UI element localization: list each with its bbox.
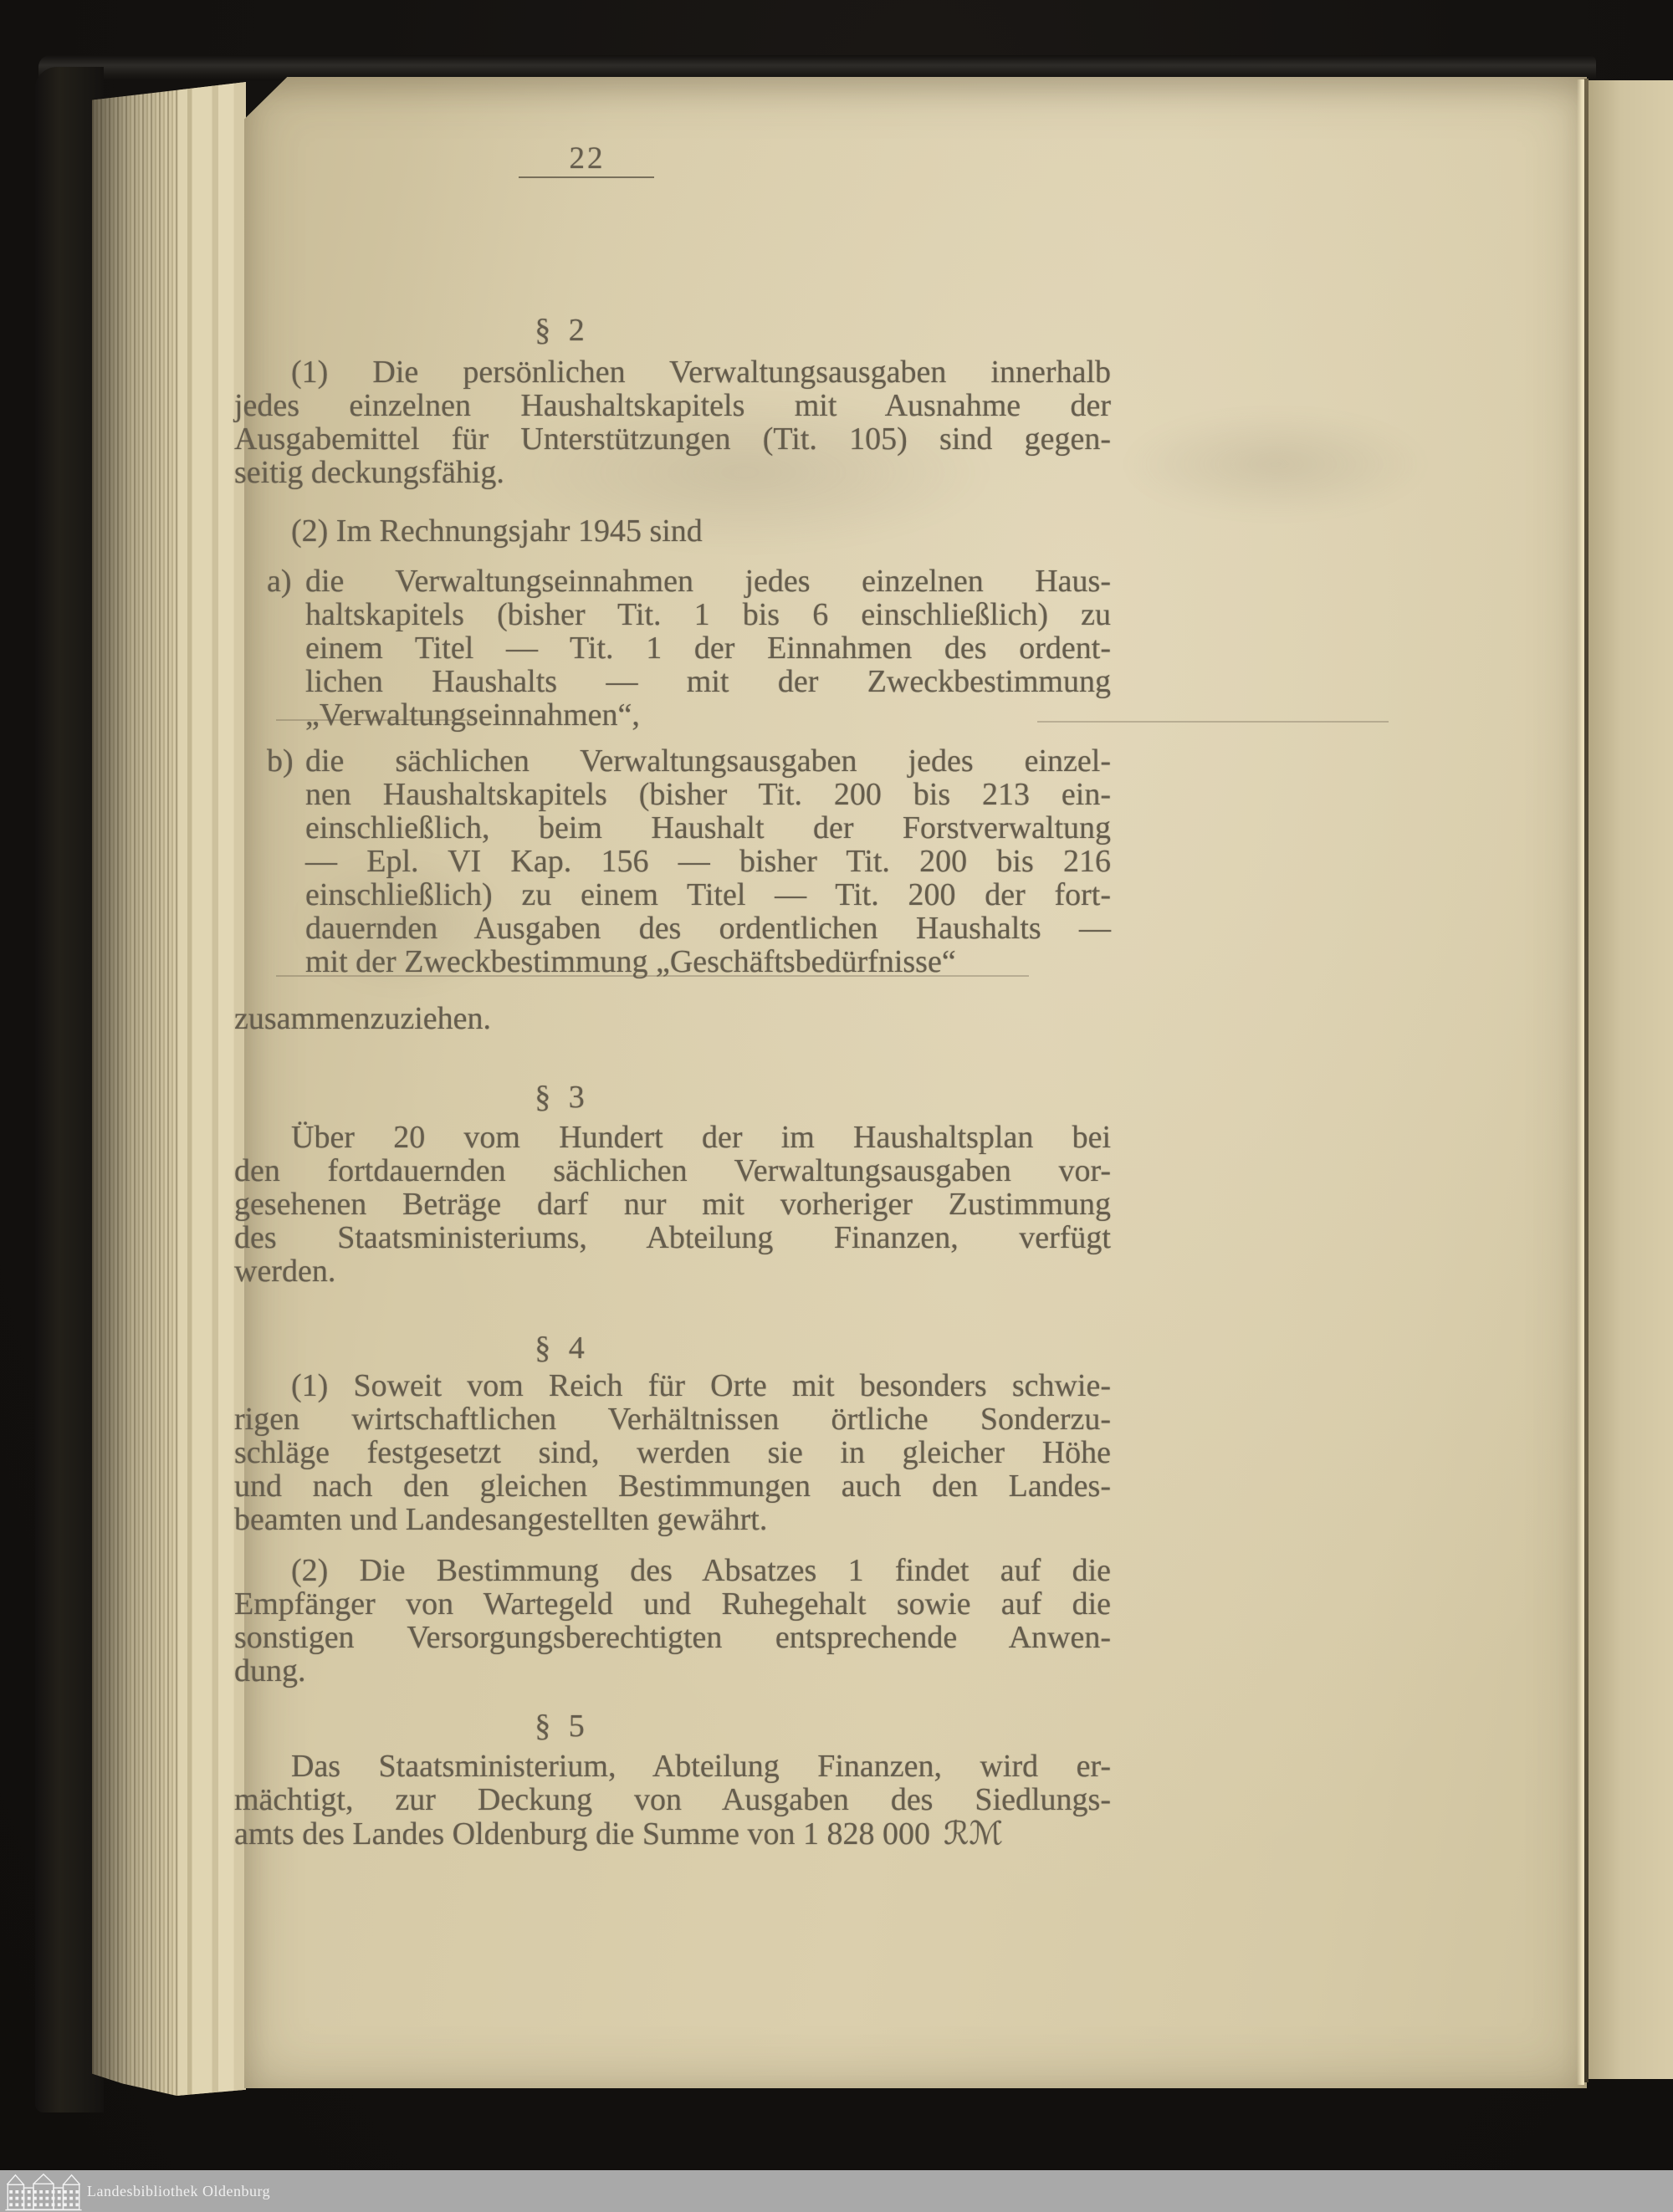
text-line: lichen Haushalts — mit der Zweckbestimmu… xyxy=(305,665,1111,698)
page-number-rule xyxy=(519,176,654,178)
text-line: einem Titel — Tit. 1 der Einnahmen des o… xyxy=(305,631,1111,665)
paragraph-s4-2: (2) Die Bestimmung des Absatzes 1 findet… xyxy=(234,1554,1111,1688)
text-line: beamten und Landesangestellten gewährt. xyxy=(234,1503,1111,1536)
text-line: dung. xyxy=(234,1654,1111,1688)
text-line: mit der Zweckbestimmung „Geschäftsbedürf… xyxy=(305,945,1111,978)
text-line: haltskapitels (bisher Tit. 1 bis 6 einsc… xyxy=(305,598,1111,631)
text-line: den fortdauernden sächlichen Verwaltungs… xyxy=(234,1154,1111,1188)
list-marker: b) xyxy=(267,744,294,778)
library-name: Landesbibliothek Oldenburg xyxy=(87,2170,270,2212)
text-line: seitig deckungsfähig. xyxy=(234,456,1111,489)
text-line-part: amts des Landes Oldenburg die Summe von … xyxy=(234,1816,930,1852)
section-heading-5: § 5 xyxy=(234,1708,890,1745)
text-line: jedes einzelnen Haushaltskapitels mit Au… xyxy=(234,389,1111,422)
book-cover-top-edge xyxy=(38,55,1596,80)
paragraph-s2-closing: zusammenzuziehen. xyxy=(234,1002,1111,1035)
text-line: amts des Landes Oldenburg die Summe von … xyxy=(234,1816,1111,1850)
list-item-b: b) die sächlichen Verwaltungsausgaben je… xyxy=(305,744,1111,978)
text-line: die Verwaltungseinnahmen jedes einzelnen… xyxy=(305,564,1111,598)
text-line: werden. xyxy=(234,1254,1111,1288)
scanned-book-photo: 22 § 2 (1) Die persönlichen Verwaltungsa… xyxy=(0,0,1673,2212)
page-number: 22 xyxy=(520,140,654,176)
facing-page-sliver xyxy=(1589,80,1673,2079)
library-building-icon xyxy=(5,2171,82,2211)
reichsmark-symbol: ℛℳ xyxy=(944,1815,1003,1852)
paragraph-s5-1: Das Staatsministerium, Abteilung Finanze… xyxy=(234,1750,1111,1850)
page-stack-edges xyxy=(92,82,246,2096)
list-marker: a) xyxy=(267,564,292,598)
section-heading-3: § 3 xyxy=(234,1079,890,1116)
text-line: nen Haushaltskapitels (bisher Tit. 200 b… xyxy=(305,778,1111,811)
text-line: dauernden Ausgaben des ordentlichen Haus… xyxy=(305,912,1111,945)
paragraph-s2-2: (2) Im Rechnungsjahr 1945 sind xyxy=(234,514,1111,548)
text-line: zusammenzuziehen. xyxy=(234,1002,1111,1035)
gutter-shadow-line xyxy=(1584,79,1589,2082)
text-line: einschließlich) zu einem Titel — Tit. 20… xyxy=(305,878,1111,912)
text-line: sonstigen Versorgungsberechtigten entspr… xyxy=(234,1621,1111,1654)
text-line: gesehenen Beträge darf nur mit vorherige… xyxy=(234,1188,1111,1221)
text-line: (2) Die Bestimmung des Absatzes 1 findet… xyxy=(234,1554,1111,1587)
text-line: Das Staatsministerium, Abteilung Finanze… xyxy=(234,1750,1111,1783)
bleed-smudge xyxy=(1121,410,1430,519)
text-line: des Staatsministeriums, Abteilung Finanz… xyxy=(234,1221,1111,1254)
list-item-a: a) die Verwaltungseinnahmen jedes einzel… xyxy=(305,564,1111,732)
text-line: (2) Im Rechnungsjahr 1945 sind xyxy=(234,514,1111,548)
paragraph-s2-1: (1) Die persönlichen Verwaltungsausgaben… xyxy=(234,355,1111,489)
text-line: Empfänger von Wartegeld und Ruhegehalt s… xyxy=(234,1587,1111,1621)
text-line: einschließlich, beim Haushalt der Forstv… xyxy=(305,811,1111,845)
text-line: (1) Soweit vom Reich für Orte mit besond… xyxy=(234,1369,1111,1402)
text-line: (1) Die persönlichen Verwaltungsausgaben… xyxy=(234,355,1111,389)
section-heading-4: § 4 xyxy=(234,1330,890,1367)
text-line: Über 20 vom Hundert der im Haushaltsplan… xyxy=(234,1121,1111,1154)
text-line: Ausgabemittel für Unterstützungen (Tit. … xyxy=(234,422,1111,456)
gutter-highlight xyxy=(1577,79,1584,2085)
text-line: rigen wirtschaftlichen Verhältnissen ört… xyxy=(234,1402,1111,1436)
paragraph-s4-1: (1) Soweit vom Reich für Orte mit besond… xyxy=(234,1369,1111,1536)
text-line: „Verwaltungseinnahmen“, xyxy=(305,698,1111,732)
text-line: mächtigt, zur Deckung von Ausgaben des S… xyxy=(234,1783,1111,1816)
text-line: und nach den gleichen Bestimmungen auch … xyxy=(234,1469,1111,1503)
section-heading-2: § 2 xyxy=(234,312,890,349)
text-line: — Epl. VI Kap. 156 — bisher Tit. 200 bis… xyxy=(305,845,1111,878)
text-line: die sächlichen Verwaltungsausgaben jedes… xyxy=(305,744,1111,778)
paragraph-s3-1: Über 20 vom Hundert der im Haushaltsplan… xyxy=(234,1121,1111,1288)
text-line: schläge festgesetzt sind, werden sie in … xyxy=(234,1436,1111,1469)
